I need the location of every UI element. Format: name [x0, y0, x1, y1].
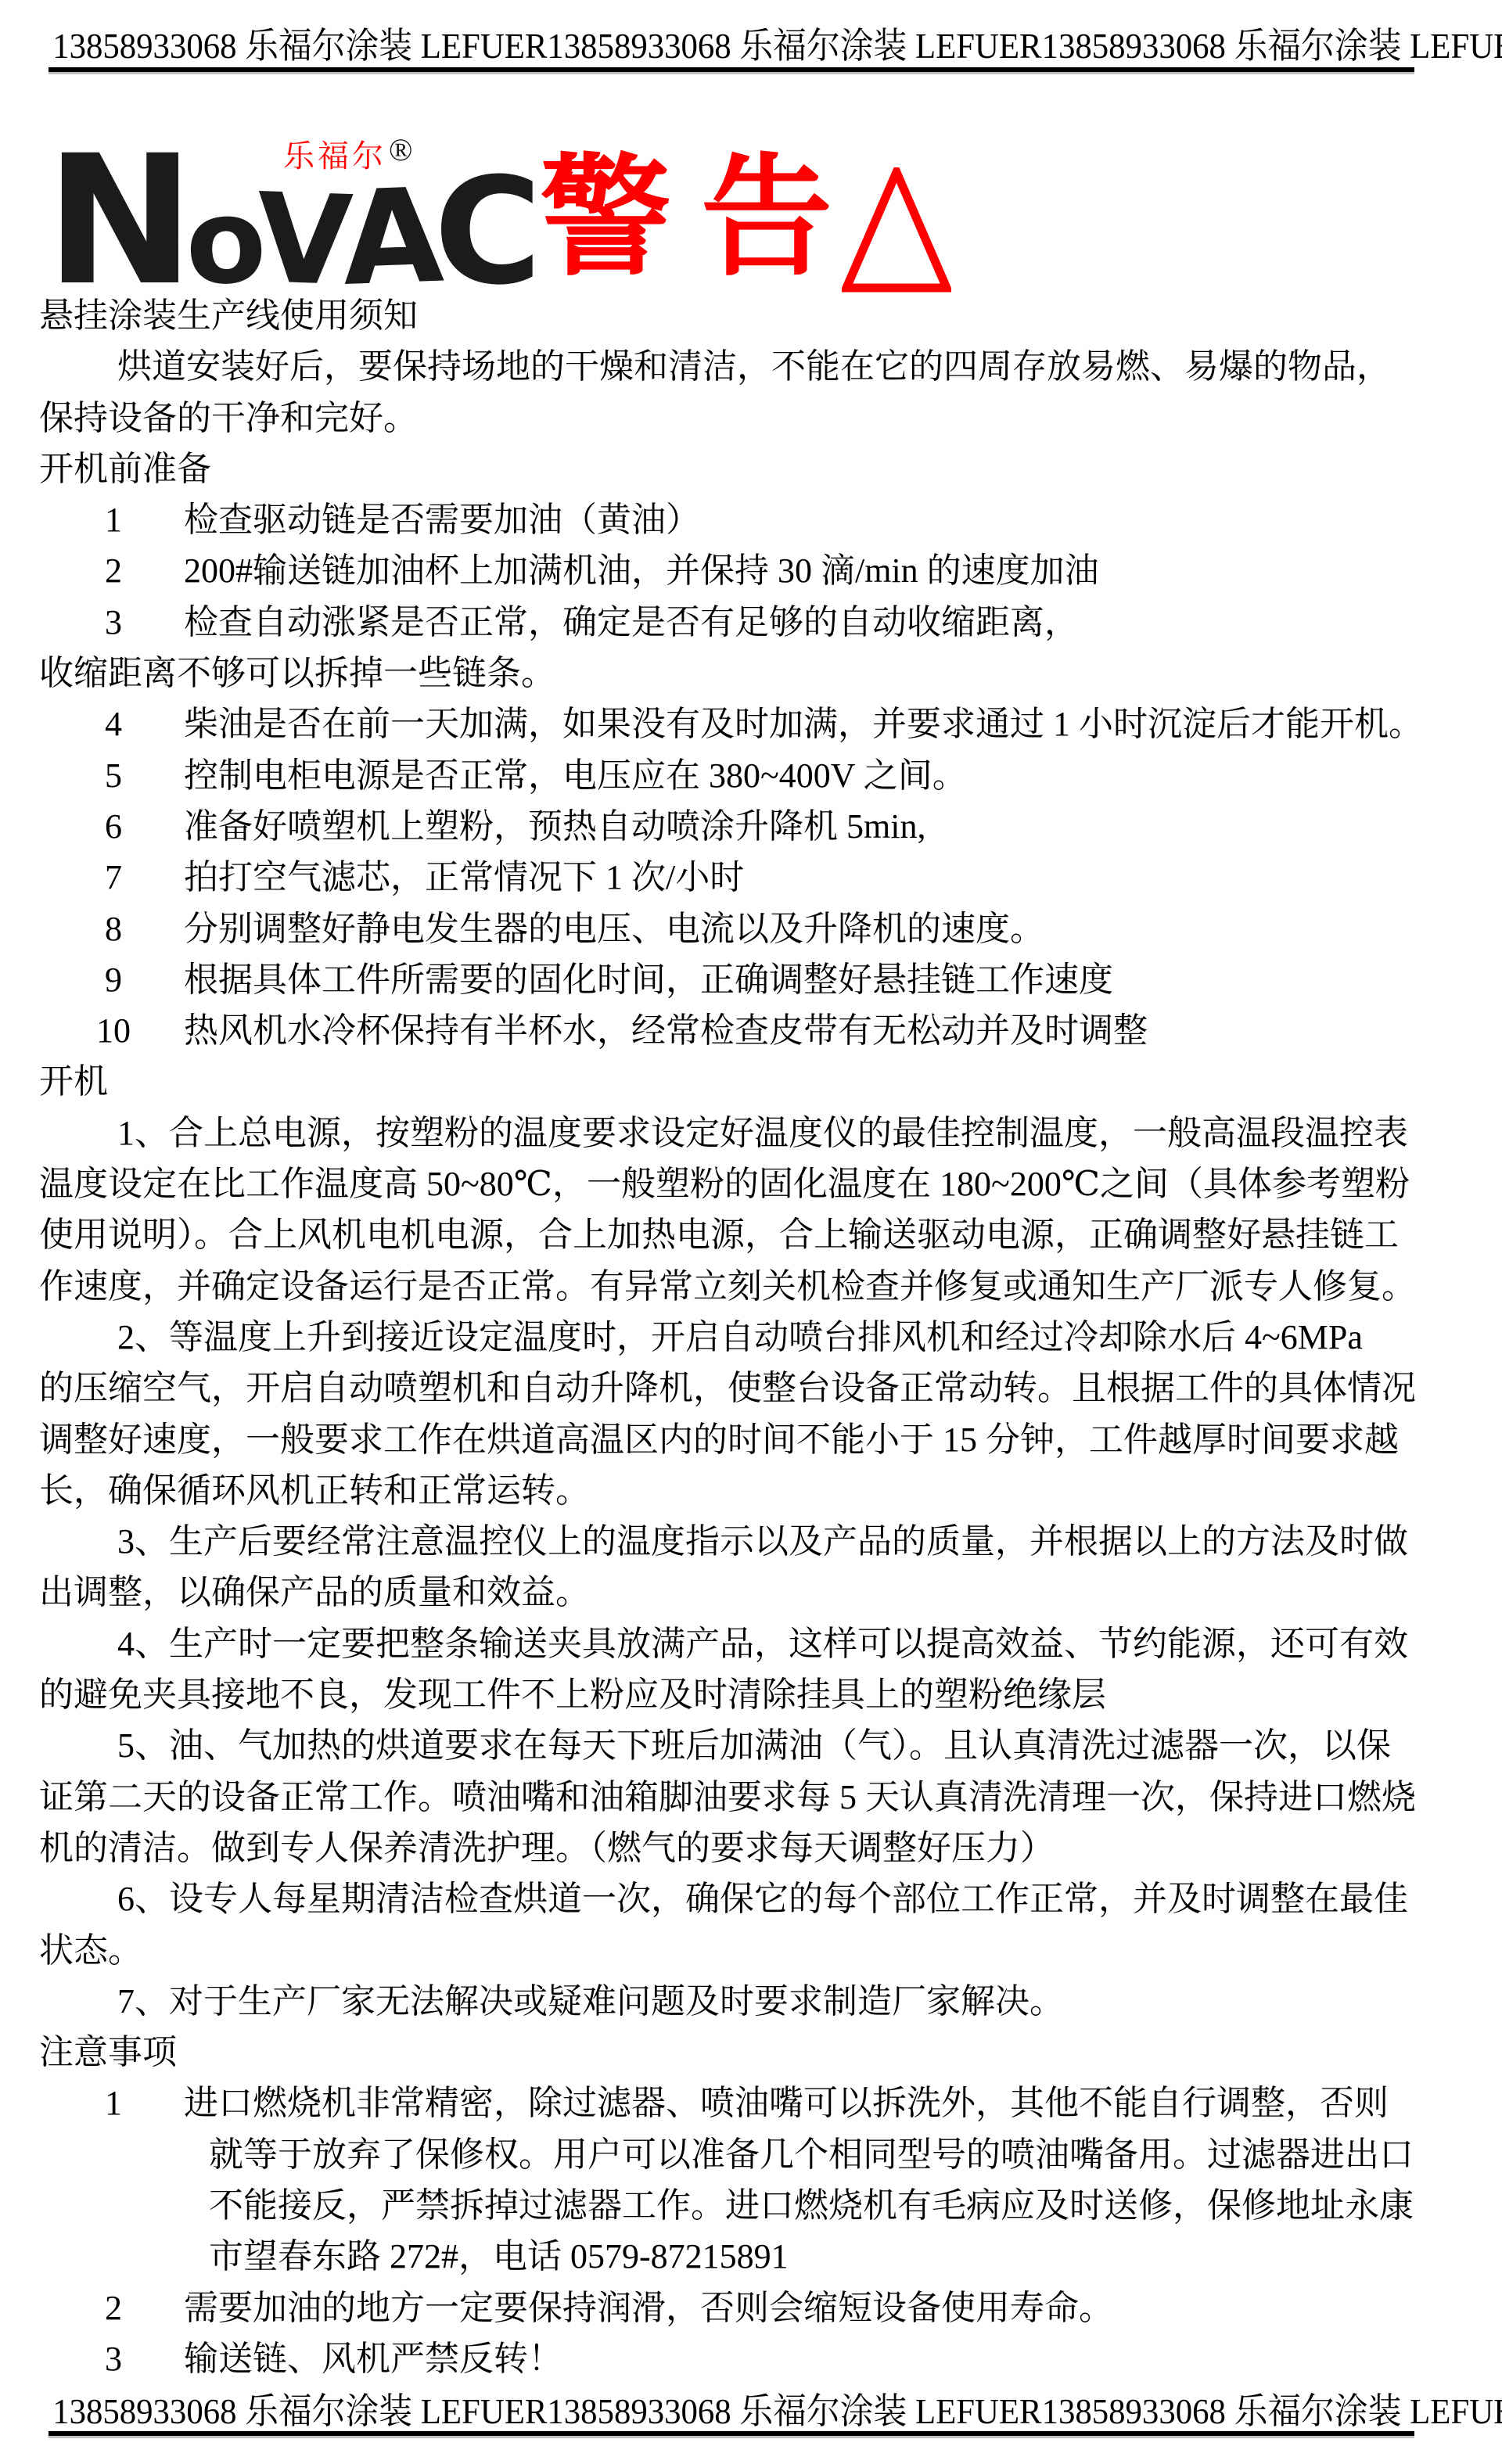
doc-line: 状态。 [0, 1925, 1502, 1976]
list-text: 准备好喷塑机上塑粉，预热自动喷涂升降机 5min, [184, 801, 925, 852]
doc-line: 1进口燃烧机非常精密，除过滤器、喷油嘴可以拆洗外，其他不能自行调整，否则 [0, 2078, 1502, 2128]
logo-letter: o [182, 182, 260, 304]
logo-letter: V [254, 177, 345, 304]
list-number: 2 [43, 545, 184, 596]
doc-line: 4柴油是否在前一天加满，如果没有及时加满，并要求通过 1 小时沉淀后才能开机。 [0, 699, 1502, 749]
doc-line: 8分别调整好静电发生器的电压、电流以及升降机的速度。 [0, 903, 1502, 954]
list-text: 热风机水冷杯保持有半杯水，经常检查皮带有无松动并及时调整 [184, 1005, 1148, 1056]
doc-line: 使用说明）。合上风机电机电源，合上加热电源，合上输送驱动电源，正确调整好悬挂链工 [0, 1209, 1502, 1260]
doc-line: 的避免夹具接地不良，发现工件不上粉应及时清除挂具上的塑粉绝缘层 [0, 1669, 1502, 1720]
doc-line: 1检查驱动链是否需要加油（黄油） [0, 494, 1502, 545]
doc-line: 机的清洁。做到专人保养清洗护理。（燃气的要求每天调整好压力） [0, 1823, 1502, 1873]
brand-chinese-name: 乐福尔 [283, 141, 386, 172]
doc-line: 注意事项 [0, 2027, 1502, 2078]
list-text: 进口燃烧机非常精密，除过滤器、喷油嘴可以拆洗外，其他不能自行调整，否则 [184, 2078, 1389, 2128]
doc-line: 3、生产后要经常注意温控仪上的温度指示以及产品的质量，并根据以上的方法及时做 [0, 1516, 1502, 1567]
list-number: 4 [43, 699, 184, 749]
doc-line: 2、等温度上升到接近设定温度时，开启自动喷台排风机和经过冷却除水后 4~6MPa [0, 1312, 1502, 1363]
list-number: 7 [43, 852, 184, 903]
doc-line: 2200#输送链加油杯上加满机油，并保持 30 滴/min 的速度加油 [0, 545, 1502, 596]
list-number: 1 [43, 2078, 184, 2128]
doc-line: 不能接反，严禁拆掉过滤器工作。进口燃烧机有毛病应及时送修，保修地址永康 [0, 2180, 1502, 2231]
doc-line: 温度设定在比工作温度高 50~80℃，一般塑粉的固化温度在 180~200℃之间… [0, 1158, 1502, 1209]
doc-line: 3输送链、风机严禁反转！ [0, 2333, 1502, 2384]
doc-line: 长，确保循环风机正转和正常运转。 [0, 1465, 1502, 1516]
footer-divider [49, 2431, 1414, 2436]
list-text: 控制电柜电源是否正常，电压应在 380~400V 之间。 [184, 750, 967, 801]
doc-line: 的压缩空气，开启自动喷塑机和自动升降机，使整台设备正常动转。且根据工件的具体情况 [0, 1363, 1502, 1413]
doc-line: 9根据具体工件所需要的固化时间，正确调整好悬挂链工作速度 [0, 954, 1502, 1005]
doc-line: 5控制电柜电源是否正常，电压应在 380~400V 之间。 [0, 750, 1502, 801]
header-watermark: 13858933068 乐福尔涂装 LEFUER13858933068 乐福尔涂… [52, 27, 1450, 66]
list-text: 拍打空气滤芯，正常情况下 1 次/小时 [184, 852, 744, 903]
doc-line: 市望春东路 272#，电话 0579-87215891 [0, 2231, 1502, 2282]
list-text: 输送链、风机严禁反转！ [184, 2333, 562, 2384]
list-text: 根据具体工件所需要的固化时间，正确调整好悬挂链工作速度 [184, 954, 1113, 1005]
doc-body: 悬挂涂装生产线使用须知烘道安装好后，要保持场地的干燥和清洁，不能在它的四周存放易… [0, 290, 1502, 2384]
logo-letter: C [434, 159, 533, 306]
doc-line: 开机前准备 [0, 444, 1502, 494]
list-text: 检查驱动链是否需要加油（黄油） [184, 494, 700, 545]
footer-watermark: 13858933068 乐福尔涂装 LEFUER13858933068 乐福尔涂… [52, 2392, 1450, 2431]
header-divider [49, 67, 1414, 72]
list-text: 柴油是否在前一天加满，如果没有及时加满，并要求通过 1 小时沉淀后才能开机。 [184, 699, 1423, 749]
list-number: 10 [43, 1005, 184, 1056]
list-text: 检查自动涨紧是否正常，确定是否有足够的自动收缩距离， [184, 597, 1079, 648]
doc-line: 4、生产时一定要把整条输送夹具放满产品，这样可以提高效益、节约能源，还可有效 [0, 1618, 1502, 1669]
doc-line: 保持设备的干净和完好。 [0, 393, 1502, 444]
registered-trademark-icon: ® [389, 135, 412, 166]
list-number: 3 [43, 2333, 184, 2384]
doc-line: 7拍打空气滤芯，正常情况下 1 次/小时 [0, 852, 1502, 903]
doc-line: 5、油、气加热的烘道要求在每天下班后加满油（气）。且认真清洗过滤器一次，以保 [0, 1720, 1502, 1771]
doc-line: 作速度，并确定设备运行是否正常。有异常立刻关机检查并修复或通知生产厂派专人修复。 [0, 1261, 1502, 1312]
warning-title: 警告 [540, 153, 862, 285]
doc-line: 10热风机水冷杯保持有半杯水，经常检查皮带有无松动并及时调整 [0, 1005, 1502, 1056]
list-number: 8 [43, 903, 184, 954]
doc-line: 出调整，以确保产品的质量和效益。 [0, 1567, 1502, 1618]
doc-line: 调整好速度，一般要求工作在烘道高温区内的时间不能小于 15 分钟，工件越厚时间要… [0, 1414, 1502, 1465]
list-number: 2 [43, 2283, 184, 2333]
doc-line: 1、合上总电源，按塑粉的温度要求设定好温度仪的最佳控制温度，一般高温段温控表 [0, 1108, 1502, 1158]
list-text: 分别调整好静电发生器的电压、电流以及升降机的速度。 [184, 903, 1044, 954]
list-number: 3 [43, 597, 184, 648]
list-number: 5 [43, 750, 184, 801]
warning-notice-page: 13858933068 乐福尔涂装 LEFUER13858933068 乐福尔涂… [0, 0, 1502, 2464]
doc-title: 悬挂涂装生产线使用须知 [0, 290, 1502, 341]
doc-line: 证第二天的设备正常工作。喷油嘴和油箱脚油要求每 5 天认真清洗清理一次，保持进口… [0, 1772, 1502, 1823]
doc-line: 7、对于生产厂家无法解决或疑难问题及时要求制造厂家解决。 [0, 1976, 1502, 2027]
doc-line: 6、设专人每星期清洁检查烘道一次，确保它的每个部位工作正常，并及时调整在最佳 [0, 1873, 1502, 1924]
doc-line: 开机 [0, 1056, 1502, 1107]
doc-line: 就等于放弃了保修权。用户可以准备几个相同型号的喷油嘴备用。过滤器进出口 [0, 2129, 1502, 2180]
doc-line: 2需要加油的地方一定要保持润滑，否则会缩短设备使用寿命。 [0, 2283, 1502, 2333]
list-text: 需要加油的地方一定要保持润滑，否则会缩短设备使用寿命。 [184, 2283, 1113, 2333]
list-number: 1 [43, 494, 184, 545]
list-text: 200#输送链加油杯上加满机油，并保持 30 滴/min 的速度加油 [184, 545, 1099, 596]
logo-letter: N [45, 131, 185, 310]
doc-line: 收缩距离不够可以拆掉一些链条。 [0, 648, 1502, 699]
warning-triangle-icon [842, 167, 951, 296]
doc-line: 3检查自动涨紧是否正常，确定是否有足够的自动收缩距离， [0, 597, 1502, 648]
list-number: 9 [43, 954, 184, 1005]
logo-letter: A [340, 172, 436, 305]
doc-line: 6准备好喷塑机上塑粉，预热自动喷涂升降机 5min, [0, 801, 1502, 852]
doc-line: 烘道安装好后，要保持场地的干燥和清洁，不能在它的四周存放易燃、易爆的物品， [0, 341, 1502, 392]
list-number: 6 [43, 801, 184, 852]
